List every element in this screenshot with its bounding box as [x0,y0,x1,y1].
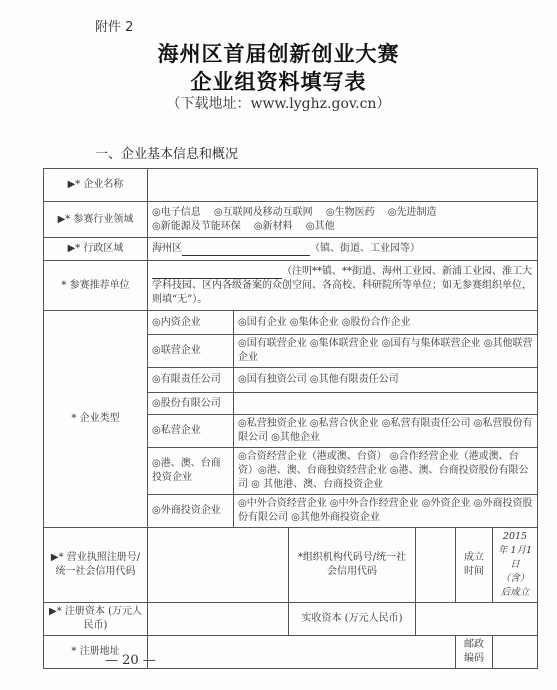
industry-option[interactable]: ◎互联网及移动互联网 [214,207,313,218]
company-subtype-options[interactable]: ◎中外合资经营企业 ◎中外合作经营企业 ◎外资企业 ◎外商投资股份有限公司 ◎其… [234,495,538,528]
recommender-label: * 参赛推荐单位 [44,261,148,311]
industry-option[interactable]: ◎生物医药 [326,207,375,218]
company-subtype-options[interactable] [234,393,538,415]
attachment-label: 附件 2 [95,16,133,35]
company-type-option[interactable]: ◎股份有限公司 [148,393,234,415]
company-type-option[interactable]: ◎内资企业 [148,311,234,335]
company-type-option[interactable]: ◎私营企业 [148,415,234,448]
industry-option[interactable]: ◎新材料 [254,221,293,232]
recommender-field: （注明**镇、**街道、海州工业园、新浦工业园、淮工大学科技园、区内各级备案的众… [148,261,538,311]
page-number: — 20 — [105,653,156,668]
section-title: 一、企业基本信息和概况 [95,143,238,162]
company-subtype-options[interactable]: ◎国有独资公司 ◎其他有限责任公司 [234,368,538,393]
document-title: 海州区首届创新创业大赛 [0,38,557,68]
company-type-option[interactable]: ◎外商投资企业 [148,495,234,528]
company-type-option[interactable]: ◎联营企业 [148,335,234,368]
reg-capital-field[interactable] [148,603,289,636]
postcode-label: 邮政编码 [456,636,493,669]
company-subtype-options[interactable]: ◎国有联营企业 ◎集体联营企业 ◎国有与集体联营企业 ◎其他联营企业 [234,335,538,368]
recommender-input[interactable] [152,268,282,279]
company-info-form: ▶* 企业名称 ▶* 参赛行业领域 ◎电子信息 ◎互联网及移动互联网 ◎生物医药… [43,168,538,669]
download-address: （下载地址：www.lyghz.gov.cn） [0,93,557,113]
region-prefix: 海州区 [152,243,182,254]
company-type-label: * 企业类型 [44,311,148,528]
region-label: ▶* 行政区域 [44,238,148,261]
postcode-field[interactable] [493,636,538,669]
license-label: ▶* 营业执照注册号/统一社会信用代码 [44,528,148,603]
paid-capital-label: 实收资本 (万元人民币) [289,603,416,636]
company-subtype-options[interactable]: ◎国有企业 ◎集体企业 ◎股份合作企业 [234,311,538,335]
license-field[interactable] [148,528,289,603]
company-type-option[interactable]: ◎港、澳、台商投资企业 [148,448,234,495]
region-input[interactable] [182,245,310,256]
industry-option[interactable]: ◎先进制造 [388,207,437,218]
region-suffix: （镇、街道、工业园等） [310,243,420,254]
region-field: 海州区（镇、街道、工业园等） [148,238,538,261]
document-subtitle: 企业组资料填写表 [0,66,557,96]
company-subtype-options[interactable]: ◎私营独资企业 ◎私营合伙企业 ◎私营有限责任公司 ◎私营股份有限公司 ◎其他企… [234,415,538,448]
company-type-option[interactable]: ◎有限责任公司 [148,368,234,393]
paid-capital-field[interactable] [416,603,538,636]
industry-label: ▶* 参赛行业领域 [44,202,148,238]
company-name-field[interactable] [148,169,538,202]
reg-capital-label: ▶* 注册资本 (万元人民币) [44,603,148,636]
industry-option[interactable]: ◎新能源及节能环保 [152,221,241,232]
org-code-field[interactable] [416,528,456,603]
industry-options: ◎电子信息 ◎互联网及移动互联网 ◎生物医药 ◎先进制造 ◎新能源及节能环保 ◎… [148,202,538,238]
reg-address-field[interactable] [148,636,456,669]
established-label: 成立时间 [456,528,493,603]
org-code-label: *组织机构代码号/统一社会信用代码 [289,528,416,603]
company-name-label: ▶* 企业名称 [44,169,148,202]
industry-option[interactable]: ◎电子信息 [152,207,201,218]
industry-option[interactable]: ◎其他 [306,221,335,232]
established-note: 2015 年 1月1日 （含） 后成立 [493,528,538,603]
company-subtype-options[interactable]: ◎合资经营企业（港或澳、台资） ◎合作经营企业（港或澳、台资）◎港、澳、台商独资… [234,448,538,495]
